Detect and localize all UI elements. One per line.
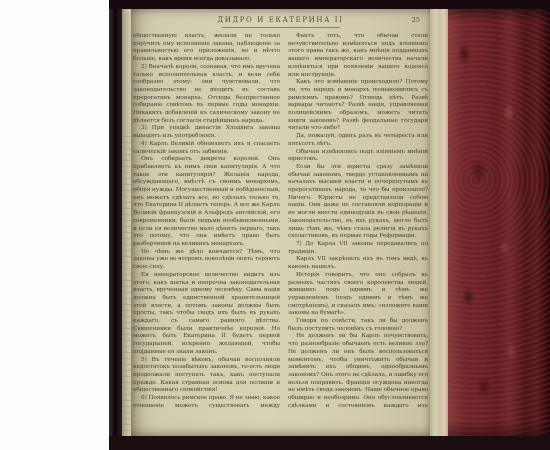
book-gutter-shadow: [109, 0, 122, 450]
paragraph: Но чѣмъ же дѣло кончается? Тѣмъ, что зак…: [133, 249, 280, 272]
paragraph: Говоря по совѣсти, такъ ли бы долженъ бы…: [288, 318, 428, 333]
paragraph: Да, пожалуй, одинъ разъ въ четыреста или…: [288, 133, 428, 148]
paragraph: Фактъ тотъ, что обычаи стали нечувствите…: [288, 33, 428, 79]
book-photo: ДИДРО И ЕКАТЕРИНА II 25 общественную вла…: [0, 0, 550, 450]
paragraph: Карлъ VII закрѣпилъ ихъ въ томъ видѣ, въ…: [288, 256, 428, 271]
paragraph: Ея императорское величество видитъ изъ э…: [133, 272, 280, 357]
top-shadow-band: [109, 0, 550, 9]
paragraph: Не долженъ ли бы Карлъ почувствовать, чт…: [288, 333, 428, 409]
paragraph: общественную власть, желали не только по…: [133, 33, 280, 64]
text-columns: общественную власть, желали не только по…: [133, 33, 428, 409]
paragraph: Исторія говоритъ, что онъ собралъ въ раз…: [288, 272, 428, 318]
text-column-right: Фактъ тотъ, что обычаи стали нечувствите…: [288, 33, 428, 409]
paragraph: 6) Появилось римское право. Я не знаю, к…: [133, 395, 280, 409]
paragraph: Если бы эти юристы сразу замѣнили обычаи…: [288, 164, 428, 241]
header-rule: [222, 27, 340, 28]
page-header-title: ДИДРО И ЕКАТЕРИНА II: [217, 16, 343, 24]
book-cover-edge: [448, 0, 550, 450]
paragraph: Какъ это измѣненіе происходило? Потому л…: [288, 79, 428, 133]
text-column-left: общественную власть, желали не только по…: [133, 33, 280, 409]
paragraph: 3) При упадкѣ династіи Хлодвига законы в…: [133, 125, 280, 140]
paragraph: 4) Карлъ Великій обновляетъ ихъ и спасае…: [133, 141, 280, 156]
page-number: 25: [412, 16, 420, 24]
page-block-fore-edge: [430, 0, 448, 450]
paragraph: 7) До Карла VII законы передавались по т…: [288, 241, 428, 256]
paragraph: Онъ собираетъ декреты королей. Онъ приба…: [133, 156, 280, 248]
paragraph: 2) Вначалѣ короли, сознавая, что имъ вру…: [133, 64, 280, 126]
paragraph: Обычаи измѣнялись подъ вліяніемъ мнѣній …: [288, 149, 428, 164]
paragraph: 5) Въ теченіе вѣковъ, обычаи восполняли …: [133, 357, 280, 396]
bottom-shadow-band: [109, 436, 550, 450]
book-page: ДИДРО И ЕКАТЕРИНА II 25 общественную вла…: [131, 8, 430, 436]
running-head: ДИДРО И ЕКАТЕРИНА II 25: [131, 16, 430, 30]
